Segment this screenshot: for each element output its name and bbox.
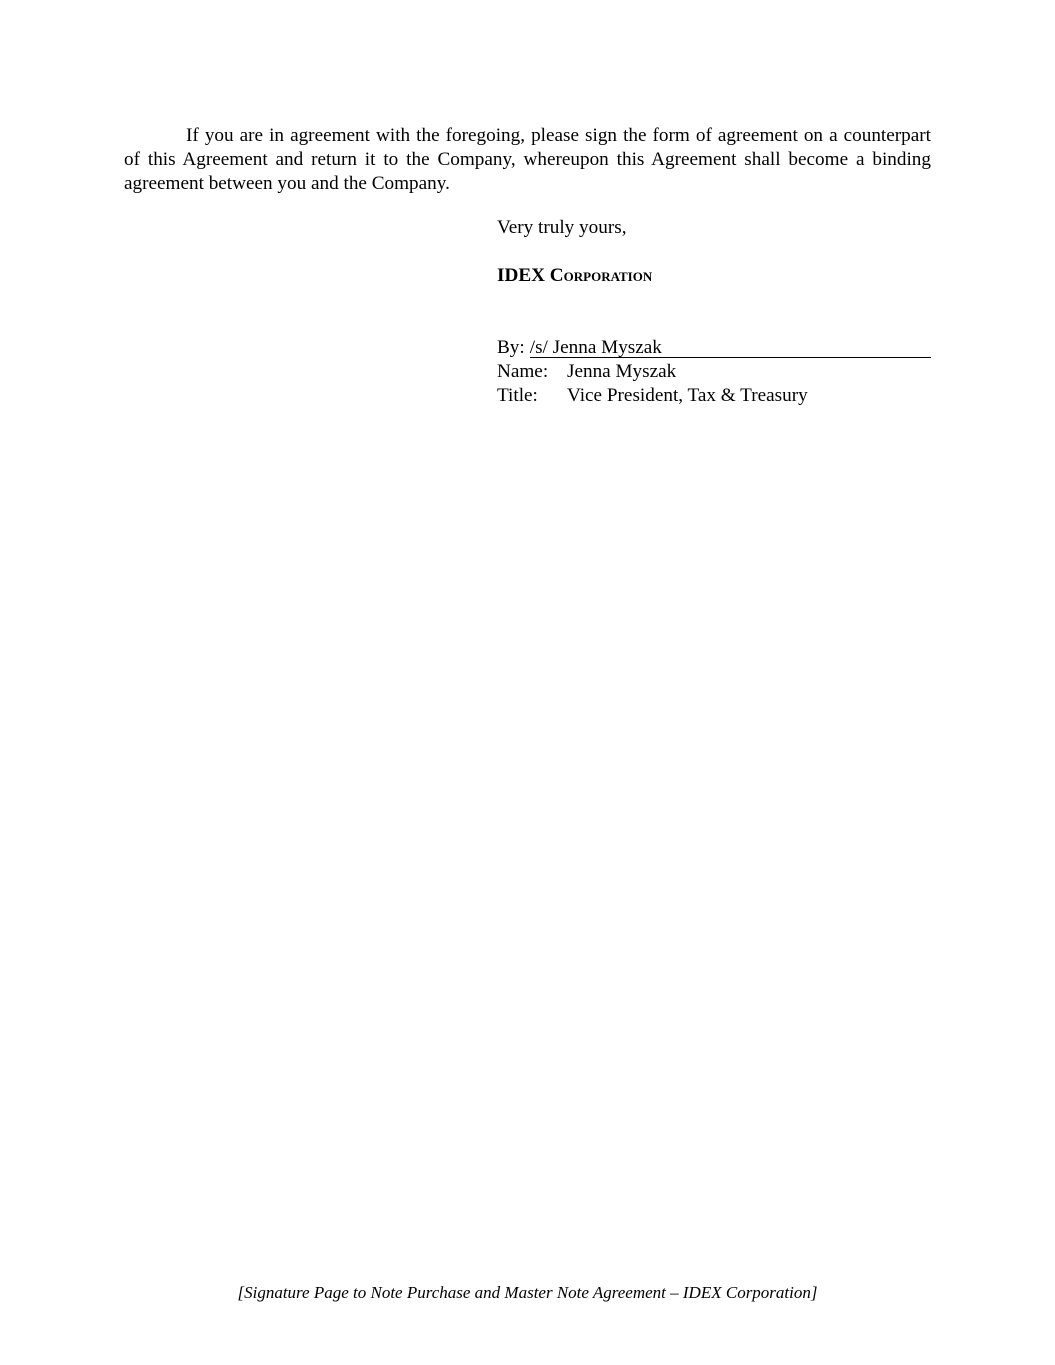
name-value: Jenna Myszak bbox=[567, 360, 931, 384]
signature-block: Very truly yours, IDEX Corporation By: /… bbox=[497, 216, 931, 240]
name-label: Name: bbox=[497, 360, 567, 384]
by-label: By: bbox=[497, 336, 530, 360]
signature-title-row: Title: Vice President, Tax & Treasury bbox=[497, 384, 931, 408]
page-footer: [Signature Page to Note Purchase and Mas… bbox=[0, 1281, 1055, 1305]
signature-line: /s/ Jenna Myszak bbox=[530, 336, 931, 358]
company-name-second: Corporation bbox=[550, 265, 652, 286]
closing-salutation: Very truly yours, bbox=[497, 216, 931, 240]
body-paragraph: If you are in agreement with the foregoi… bbox=[124, 124, 931, 196]
company-name: IDEX Corporation bbox=[497, 264, 652, 288]
signature-by-row: By: /s/ Jenna Myszak bbox=[497, 336, 931, 360]
title-value: Vice President, Tax & Treasury bbox=[567, 384, 931, 408]
title-label: Title: bbox=[497, 384, 567, 408]
document-page: If you are in agreement with the foregoi… bbox=[0, 0, 1055, 1365]
company-name-first: IDEX bbox=[497, 265, 545, 286]
signature-name-row: Name: Jenna Myszak bbox=[497, 360, 931, 384]
signature-lines: By: /s/ Jenna Myszak Name: Jenna Myszak … bbox=[497, 336, 931, 408]
